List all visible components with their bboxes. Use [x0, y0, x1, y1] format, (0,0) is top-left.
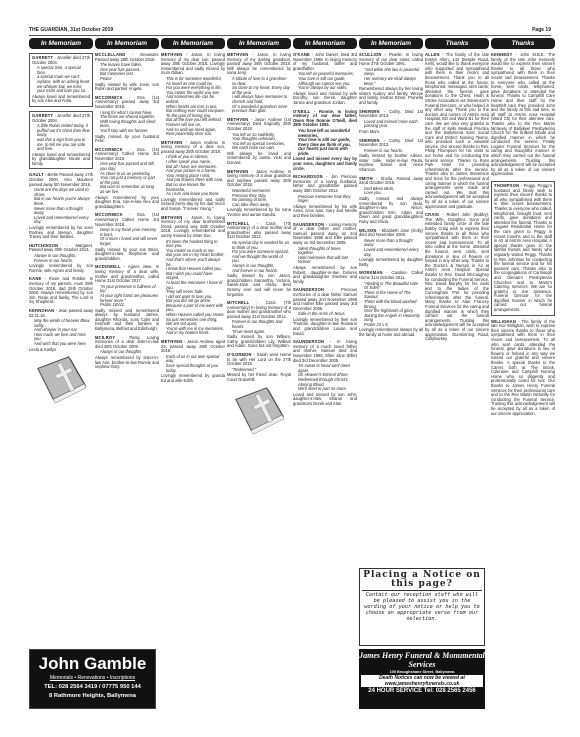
- notice-signoff: Always loved and remembered by son Alex …: [32, 95, 90, 104]
- notice-garrett: GARRETT - Jennifer died 27th October 200…: [29, 53, 93, 107]
- notice-signoff: Remembered always by her loving sisters …: [359, 87, 423, 105]
- notice-intro: - John M.B.E. The family of the late Joh…: [491, 52, 555, 176]
- notice-saunderson: SAUNDERSON - Precious memories of a dear…: [293, 288, 357, 336]
- james-henry-advert: James Henry Funeral & Monumental Service…: [359, 649, 485, 709]
- section-header-memoriam: In Memoriam: [161, 38, 225, 49]
- notice-ogormon: O'GORMON - Sarah went Home to be with He…: [227, 353, 291, 383]
- notice-allen: ALLEN - The family of the late Evelyn Al…: [425, 53, 489, 209]
- notice-signoff: Always loved and missed by wife Dorothy,…: [293, 92, 357, 106]
- section-header-memoriam: In Memoriam: [359, 38, 423, 49]
- page-number: Page 19: [532, 27, 551, 33]
- notice-okane: O'KANE - John Daniel, Died 3rd November …: [293, 53, 357, 106]
- notice-verse: Always in our thoughts, Forever in our h…: [29, 254, 93, 263]
- notice-verse: Never more than a thought away. Loved an…: [359, 239, 423, 257]
- advert-body: Contact our reception staff who will be …: [362, 590, 482, 622]
- notice-signoff: Will always be loved and remembered by a…: [227, 152, 291, 166]
- notice-richardson: RICHARDSON - Jim Precious memories of a …: [293, 175, 357, 218]
- notice-methven: METHVEN - Jason Andrew. In loving memory…: [227, 170, 291, 218]
- notice-mccormick: MCCORMICK - Ena. (1st Anniversary) passe…: [95, 96, 159, 144]
- notice-verse: You left us peaceful memories, Your love…: [293, 72, 357, 90]
- notice-sherwin: SHERWIN - Cathy. Died 1st November 2013.…: [359, 139, 423, 173]
- notice-methven: METHVEN - Jason Andrew, aged 23, passed …: [161, 340, 225, 383]
- notice-signoff: Linda & Kaitlyn: [29, 348, 93, 353]
- notice-sherwin: SHERWIN - Cathy. Died 1st November 2013.…: [359, 110, 423, 135]
- notice-signoff: Lovingly remembered by his nana Yvonne a…: [227, 208, 291, 217]
- advert-service-phone: 24 HOUR SERVICE Tel: 028 2565 2456: [359, 688, 485, 694]
- notice-thompson: THOMPSON - Peggy. Peggy's husband and fa…: [491, 181, 555, 316]
- notice-intro: - The family of the late Ivor Willighan,…: [491, 319, 555, 416]
- notice-wilson: WILSON - Elizabeth Jane (Dolly) died 2nd…: [359, 229, 423, 268]
- notice-scullion: SCULLION - Pearlie. In loving memory of …: [359, 53, 423, 106]
- section-header-memoriam: In Memoriam: [293, 38, 357, 49]
- advert-services: Memorials • Renovations • Inscriptions: [30, 675, 155, 681]
- column-2: In MemoriamMCCLELLAND - Alexander. Passe…: [95, 38, 159, 374]
- notice-signoff: Loved and missed by son John, daughter-i…: [293, 393, 357, 407]
- notice-signoff: Sadly missed by brother Adrian, sister J…: [359, 154, 423, 172]
- notice-signoff: Always remembered by son Robert, daughte…: [293, 266, 357, 284]
- notice-signoff: Missed by her friend Jean, Royal Court G…: [227, 373, 291, 382]
- bible-cross-icon: [230, 387, 288, 437]
- column-1: In MemoriamGARRETT - Jennifer died 27th …: [29, 38, 93, 410]
- notice-verse: A special time, a special face, a specia…: [32, 66, 90, 94]
- notice-verse: A tribute of love to a grandson so dear,…: [227, 77, 291, 114]
- bible-cross-icon: [32, 356, 90, 406]
- notice-signoff: Always remembered by his wife Anna, sons…: [293, 205, 357, 219]
- notice-smith: SMITH - Sheila. Passed away 22nd October…: [359, 177, 423, 225]
- notice-verse: This is for someone wonderful, As loved …: [161, 77, 225, 137]
- notice-signoff: Lovingly remembered always by all the fa…: [359, 328, 423, 337]
- notice-saunderson: SAUNDERSON - Loving memory of a dear fat…: [293, 223, 357, 285]
- notice-verse: Precious memories how they linger.: [293, 195, 357, 204]
- notice-methven: METHVEN - Jason. In loving memory of my …: [161, 53, 225, 137]
- notice-intro: - The family of the late Evelyn Allen, 1…: [425, 52, 489, 209]
- notice-verse: Loved and missed more each passing year.: [359, 120, 423, 129]
- notice-verse: Each of us in our own special way, have …: [161, 355, 225, 373]
- notice-verse: Silent thoughts of times together, Hold …: [293, 247, 357, 265]
- section-header-memoriam: In Memoriam: [95, 38, 159, 49]
- notice-kane: KANE - Rosie and Robbie. In memory of my…: [29, 277, 93, 305]
- notice-verse: A little Robin visited today, it puffed …: [32, 124, 90, 152]
- notice-signoff: Always loved and remembered by granddaug…: [32, 153, 90, 167]
- notice-verse: May the winds of heaven Blow softly... A…: [29, 319, 93, 347]
- notice-signoff: Loved and missed every day by your sons,…: [293, 157, 357, 171]
- notice-oneill: O'NEILL - Ronnie. In loving memory of ou…: [293, 110, 357, 172]
- notice-methven: METHVEN - Jason. In loving memory of my …: [161, 216, 225, 336]
- notice-methven: METHVEN - Jason Andrew. In loving memory…: [161, 141, 225, 212]
- placing-notice-advert: Placing a Notice on this page? Contact o…: [359, 568, 485, 646]
- notice-verse: Gone are the days we used to share, But …: [29, 188, 93, 225]
- notice-signoff: Sadly missed by wife Josie, son Robin an…: [95, 83, 159, 92]
- notice-verse: Forever in our thoughts and hearts. Til …: [227, 320, 291, 334]
- notice-verse: No special day is needed for us to think…: [227, 241, 291, 273]
- notice-verse: Deep in my heart your memory is kept, Of…: [95, 228, 159, 246]
- notice-signoff: Lovingly remembered by granda Ed and wif…: [161, 374, 225, 383]
- column-7: ThanksALLEN - The family of the late Eve…: [425, 38, 489, 346]
- notice-verse: "And while she lies in peaceful sleep, H…: [359, 68, 423, 86]
- notice-signoff: Lovingly remembered by son Ronnie, wife …: [29, 264, 93, 273]
- notice-signoff: Always remembered by sister-in-law Ann, …: [95, 356, 159, 370]
- section-header-memoriam: In Memoriam: [227, 38, 291, 49]
- advert-heading: Placing a Notice on this page?: [362, 571, 482, 588]
- advert-address: 100 Broughshane Street, Ballymena: [359, 670, 485, 674]
- column-6: In MemoriamSCULLION - Pearlie. In loving…: [359, 38, 423, 342]
- notice-workman: WORKMAN - Caroline. Called Home 31st Oct…: [359, 271, 423, 337]
- john-gamble-advert: John Gamble Memorials • Renovations • In…: [29, 649, 156, 709]
- notice-signoff: Sadly missed and always remembered by so…: [359, 197, 423, 225]
- notice-verse: I long for what I cannot have, The times…: [95, 111, 159, 134]
- advert-title: John Gamble: [30, 654, 155, 674]
- advert-title: James Henry Funeral & Monumental Service…: [359, 649, 485, 669]
- notice-kernohan: KERNOHAN - Jean passed away 02.11.18.May…: [29, 309, 93, 352]
- notice-methven: METHVEN - Jason. In loving memory of my …: [227, 53, 291, 114]
- notice-verse: The leaves have fallen, One year has pas…: [95, 63, 159, 81]
- column-3: In MemoriamMETHVEN - Jason. In loving me…: [161, 38, 225, 387]
- notice-signoff: Lovingly remembered by his sons Rodney a…: [29, 226, 93, 240]
- notice-signoff: Lovingly remembered by daughter Betty.: [359, 258, 423, 267]
- masthead-rule: [29, 35, 551, 36]
- notice-intro: - Rosie and Robbie. In memory of my pare…: [29, 276, 93, 304]
- notice-verse: "Abiding in The Beautiful Vale Of Eden" …: [359, 282, 423, 328]
- notice-signoff: Sadly missed by your son Brian, daughter…: [95, 248, 159, 262]
- notice-kennedy: KENNEDY - John M.B.E. The family of the …: [491, 53, 555, 177]
- notice-signoff: Sadly missed by your husband Felix.: [95, 135, 159, 144]
- notice-verse: Wonderful memories, Precious they stay, …: [227, 189, 291, 207]
- notice-methven: METHVEN - Jason Andrew (1st Anniversary)…: [227, 118, 291, 166]
- notice-mitchell: MITCHELL - Carol. (7th Anniversary) of a…: [227, 222, 291, 298]
- notice-signoff: Sadly missed by son Jason, grandchildren…: [227, 274, 291, 297]
- notice-mccormick: MCCORMICK - Ena. (1st Anniversary) Calle…: [95, 213, 159, 261]
- advert-notice: Death Notices can now be viewed at www.j…: [361, 675, 483, 687]
- notice-saunderson: SAUNDERSON - In loving memory of a much …: [293, 340, 357, 406]
- notice-craig: CRAIG - Robert John (Bobby). The Wife, D…: [425, 213, 489, 342]
- advert-address: 8 Rathmore Heights, Ballymena: [30, 693, 155, 699]
- paper-date: THE GUARDIAN, 31st October 2019: [29, 27, 113, 33]
- notice-willighan: WILLIGHAN - The family of the late Ivor …: [491, 320, 555, 416]
- notice-mcilroy: MCILROY - Patsy. Loving memories of a de…: [95, 336, 159, 370]
- notice-mcclelland: MCCLELLAND - Alexander. Passed away 28th…: [95, 53, 159, 92]
- notice-signoff: Lovingly remembered and sadly missed eve…: [161, 198, 225, 212]
- notice-signoff: Always remembered by your daughter Ena, …: [95, 196, 159, 210]
- notice-gault: GAULT - Bertie Passed away 17th October …: [29, 173, 93, 239]
- notice-verse: You have left us wonderful memories, You…: [293, 129, 357, 157]
- notice-verse: I think of you in silence, I often speak…: [161, 155, 225, 196]
- column-8: ThanksKENNEDY - John M.B.E. The family o…: [491, 38, 555, 420]
- notice-verse: God Bless Mum, Love you.: [359, 187, 423, 196]
- notice-verse: "In your presence is fullness of joy; At…: [95, 285, 159, 308]
- notice-hutchinson: HUTCHINSON - Margaret. Passed away 30th …: [29, 244, 93, 274]
- notice-mccormick: MCCORMICK - Ena. (1st Anniversary) Calle…: [95, 148, 159, 210]
- notice-verse: It's been the hardest thing to lose you,…: [161, 240, 225, 336]
- column-5: In MemoriamO'KANE - John Daniel, Died 3r…: [293, 38, 357, 411]
- notice-intro: - Peggy. Peggy's husband and family wish…: [494, 183, 552, 312]
- notice-mitchell: MITCHELL - Carol. (7th Anniversary) In l…: [227, 301, 291, 349]
- notice-signoff: From Mum.: [359, 130, 423, 135]
- notice-signoff: Sadly missed by son William, Cathy, gran…: [227, 335, 291, 349]
- advert-telephone: TEL: 028 2564 3419 / 07775 950 144: [30, 684, 155, 690]
- notice-verse: You left us so suddenly, Your thoughts u…: [227, 133, 291, 151]
- notice-verse: Tis sweet to know we'll meet again, On H…: [293, 364, 357, 392]
- column-4: In MemoriamMETHVEN - Jason. In loving me…: [227, 38, 291, 441]
- notice-verse: One year has passed and still you stay, …: [95, 162, 159, 194]
- notice-intro: - Robert John (Bobby). The Wife, Daughte…: [425, 212, 489, 341]
- notice-signoff: Sadly missed and remembered always by hu…: [95, 309, 159, 332]
- notice-garrett: GARRETT - Jennifer died 27th October 200…: [29, 111, 93, 170]
- notice-signoff: Lovingly remembered by their son Thomas,…: [293, 318, 357, 336]
- notice-mcdowell: MCDOWELL - Agnes Jane. In loving memory …: [95, 265, 159, 331]
- section-header-memoriam: In Memoriam: [29, 38, 93, 49]
- section-header-thanks: Thanks: [491, 38, 555, 49]
- section-header-thanks: Thanks: [425, 38, 489, 49]
